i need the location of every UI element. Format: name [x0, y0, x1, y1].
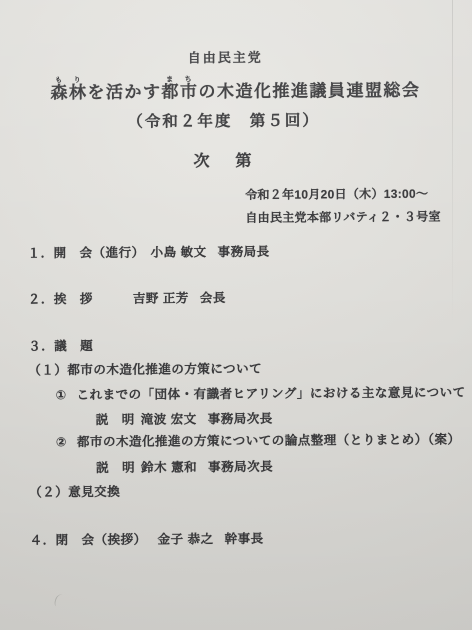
title-forest-furigana: もり	[50, 77, 87, 84]
agenda-explanation-1: 説 明滝波 宏文事務局次長	[96, 409, 273, 428]
topics-label: ３．議 題	[28, 339, 93, 353]
greeting-label: ２．挨 拶	[28, 292, 93, 306]
topic2-label: （２）意見交換	[29, 485, 120, 500]
agenda-subitem-1: ①これまでの「団体・有識者ヒアリング」における主な意見について	[55, 382, 465, 403]
explanation2-speaker-role: 事務局次長	[208, 460, 273, 474]
title-tail-text: の木造化推進議員連盟総会	[198, 81, 420, 102]
agenda-explanation-2: 説 明鈴木 憲和事務局次長	[96, 457, 273, 476]
subitem1-number: ①	[56, 388, 67, 402]
session-subtitle: （令和２年度 第５回）	[0, 107, 460, 132]
agenda-item-open: １．開 会（進行）小島 敏文事務局長	[27, 242, 269, 262]
explanation1-label: 説 明	[96, 413, 135, 427]
close-label: ４．閉 会（挨拶）	[30, 533, 147, 548]
agenda-subitem-2: ②都市の木造化推進の方策についての論点整理（とりまとめ）（案）	[56, 429, 461, 450]
subitem1-text: これまでの「団体・有識者ヒアリング」における主な意見について	[77, 385, 466, 402]
agenda-topic-2: （２）意見交換	[29, 482, 120, 501]
organization-name: 自由民主党	[0, 45, 461, 67]
meeting-venue: 自由民主党本部リバティ２・３号室	[245, 206, 441, 230]
title-middle-text: を活かす	[87, 83, 161, 103]
document-content: 自由民主党 森林もりを活かす都市まちの木造化推進議員連盟総会 （令和２年度 第５…	[0, 0, 472, 630]
title-city-base: 都市	[161, 82, 198, 101]
open-speaker-role: 事務局長	[218, 245, 270, 259]
explanation1-speaker-name: 滝波 宏文	[141, 412, 197, 426]
title-ruby-city: 都市まち	[161, 82, 198, 101]
agenda-item-close: ４．閉 会（挨拶）金子 恭之幹事長	[29, 529, 263, 549]
explanation2-speaker-name: 鈴木 憲和	[141, 460, 197, 474]
meeting-meta: 令和２年10月20日（木）13:00～ 自由民主党本部リバティ２・３号室	[245, 183, 441, 230]
greeting-speaker-name: 吉野 正芳	[133, 291, 189, 305]
subitem2-number: ②	[56, 435, 67, 449]
close-speaker-role: 幹事長	[225, 532, 264, 546]
close-speaker-name: 金子 恭之	[158, 532, 214, 546]
title-forest-base: 森林	[50, 83, 87, 102]
open-label: １．開 会（進行）	[28, 246, 145, 261]
title-city-furigana: まち	[161, 76, 198, 83]
photo-of-agenda-document: { "document": { "org": "自由民主党", "title":…	[0, 0, 472, 630]
agenda-heading: 次 第	[0, 146, 461, 172]
subitem2-text: 都市の木造化推進の方策についての論点整理（とりまとめ）（案）	[77, 432, 461, 449]
explanation2-label: 説 明	[96, 461, 135, 475]
open-speaker-name: 小島 敏文	[151, 245, 207, 259]
meeting-datetime: 令和２年10月20日（木）13:00～	[245, 183, 441, 207]
document-title: 森林もりを活かす都市まちの木造化推進議員連盟総会	[0, 74, 471, 101]
greeting-speaker-role: 会長	[200, 291, 226, 305]
explanation1-speaker-role: 事務局次長	[208, 412, 273, 426]
agenda-item-topics: ３．議 題	[28, 336, 93, 354]
agenda-item-greeting: ２．挨 拶吉野 正芳会長	[28, 288, 226, 307]
title-ruby-forest: 森林もり	[50, 83, 87, 102]
agenda-topic-1: （１）都市の木造化推進の方策について	[28, 359, 262, 379]
topic1-label: （１）都市の木造化推進の方策について	[28, 362, 262, 378]
